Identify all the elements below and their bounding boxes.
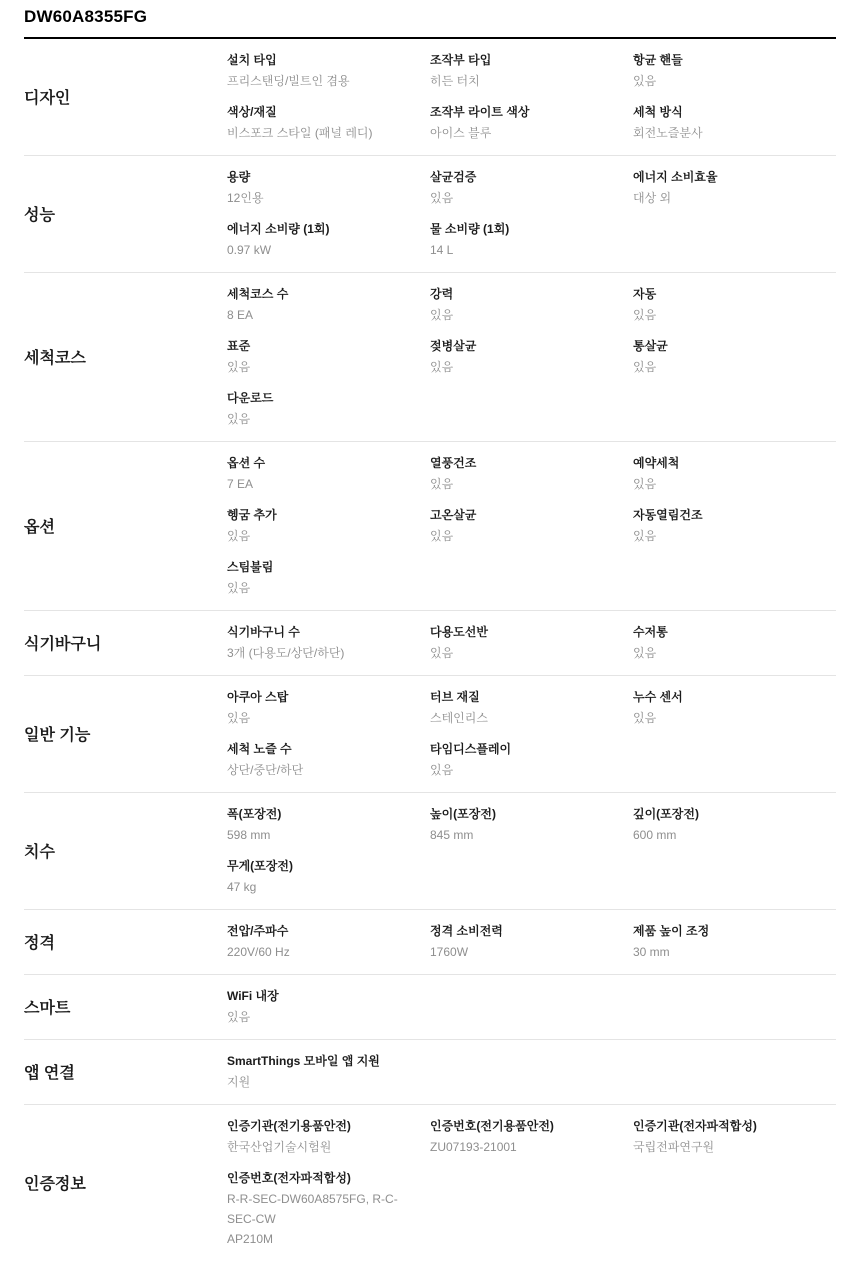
spec-item-value: 8 EA — [227, 305, 416, 325]
spec-item: 강력 있음 — [430, 281, 633, 333]
spec-item: 타임디스플레이 있음 — [430, 736, 633, 788]
spec-item-label: 강력 — [430, 284, 619, 304]
spec-item: 다운로드 있음 — [227, 385, 430, 437]
spec-item: 누수 센서 있음 — [633, 684, 836, 736]
spec-item-value: 있음 — [430, 357, 619, 377]
spec-item-label: 고온살균 — [430, 505, 619, 525]
spec-item-value: 아이스 블루 — [430, 123, 619, 143]
spec-item-value: 있음 — [633, 643, 822, 663]
spec-item: 스팀불림 있음 — [227, 554, 430, 606]
spec-item-label: 물 소비량 (1회) — [430, 219, 619, 239]
spec-item-value: 있음 — [633, 357, 822, 377]
spec-item: 세척 노즐 수 상단/중단/하단 — [227, 736, 430, 788]
spec-item-value: 대상 외 — [633, 188, 822, 208]
spec-item: 살균검증 있음 — [430, 164, 633, 216]
spec-item: 정격 소비전력 1760W — [430, 918, 633, 970]
spec-item-value: 프리스탠딩/빌트인 겸용 — [227, 71, 416, 91]
spec-item-value: 있음 — [633, 71, 822, 91]
spec-item-value: 0.97 kW — [227, 240, 416, 260]
spec-item-value: 있음 — [227, 708, 416, 728]
section-category-label: 인증정보 — [24, 1113, 227, 1257]
spec-section: 세척코스 세척코스 수 8 EA 강력 있음 자동 있음 표준 있음 젖병살균 … — [24, 273, 836, 442]
spec-item-value: 있음 — [633, 474, 822, 494]
spec-item-label: SmartThings 모바일 앱 지원 — [227, 1051, 416, 1071]
spec-item-value: 스테인리스 — [430, 708, 619, 728]
spec-item: WiFi 내장 있음 — [227, 983, 430, 1035]
spec-item: 고온살균 있음 — [430, 502, 633, 554]
section-spec-grid: 인증기관(전기용품안전) 한국산업기술시험원 인증번호(전기용품안전) ZU07… — [227, 1113, 836, 1257]
spec-item-label: 세척 노즐 수 — [227, 739, 416, 759]
spec-item-label: 색상/재질 — [227, 102, 416, 122]
spec-item: 자동 있음 — [633, 281, 836, 333]
spec-item-value: 있음 — [633, 708, 822, 728]
spec-item: 높이(포장전) 845 mm — [430, 801, 633, 853]
spec-item-value: 598 mm — [227, 825, 416, 845]
spec-item-value: 한국산업기술시험원 — [227, 1137, 416, 1157]
spec-item-label: 타임디스플레이 — [430, 739, 619, 759]
spec-item-label: 옵션 수 — [227, 453, 416, 473]
product-spec-page: DW60A8355FG 디자인 설치 타입 프리스탠딩/빌트인 겸용 조작부 타… — [0, 0, 860, 1261]
spec-item-value: 상단/중단/하단 — [227, 760, 416, 780]
spec-item-label: 아쿠아 스탑 — [227, 687, 416, 707]
spec-item-label: 자동열림건조 — [633, 505, 822, 525]
spec-item-label: 용량 — [227, 167, 416, 187]
section-spec-grid: WiFi 내장 있음 — [227, 983, 836, 1035]
section-category-label: 정격 — [24, 918, 227, 970]
spec-item-value: 있음 — [430, 643, 619, 663]
spec-item-label: 예약세척 — [633, 453, 822, 473]
section-spec-grid: 식기바구니 수 3개 (다용도/상단/하단) 다용도선반 있음 수저통 있음 — [227, 619, 836, 671]
section-category-label: 세척코스 — [24, 281, 227, 437]
spec-item-label: 깊이(포장전) — [633, 804, 822, 824]
spec-item: SmartThings 모바일 앱 지원 지원 — [227, 1048, 430, 1100]
spec-item-value: 220V/60 Hz — [227, 942, 416, 962]
spec-item-label: 통살균 — [633, 336, 822, 356]
spec-item: 표준 있음 — [227, 333, 430, 385]
spec-item: 인증기관(전자파적합성) 국립전파연구원 — [633, 1113, 836, 1165]
spec-item-label: 인증번호(전기용품안전) — [430, 1116, 619, 1136]
spec-item-label: 무게(포장전) — [227, 856, 416, 876]
section-spec-grid: 폭(포장전) 598 mm 높이(포장전) 845 mm 깊이(포장전) 600… — [227, 801, 836, 905]
spec-item-label: 수저통 — [633, 622, 822, 642]
section-spec-grid: 용량 12인용 살균검증 있음 에너지 소비효율 대상 외 에너지 소비량 (1… — [227, 164, 836, 268]
spec-sections: 디자인 설치 타입 프리스탠딩/빌트인 겸용 조작부 타입 히든 터치 항균 핸… — [24, 39, 836, 1261]
spec-item-value: 600 mm — [633, 825, 822, 845]
spec-item-label: 헹굼 추가 — [227, 505, 416, 525]
spec-item-label: 에너지 소비량 (1회) — [227, 219, 416, 239]
spec-item: 설치 타입 프리스탠딩/빌트인 겸용 — [227, 47, 430, 99]
spec-item-value: 14 L — [430, 240, 619, 260]
spec-item-label: 스팀불림 — [227, 557, 416, 577]
spec-item-value: 있음 — [430, 474, 619, 494]
spec-item-label: 터브 재질 — [430, 687, 619, 707]
spec-item: 젖병살균 있음 — [430, 333, 633, 385]
spec-item-value: 있음 — [227, 1007, 416, 1027]
spec-item: 통살균 있음 — [633, 333, 836, 385]
spec-item: 물 소비량 (1회) 14 L — [430, 216, 633, 268]
section-category-label: 성능 — [24, 164, 227, 268]
spec-item: 열풍건조 있음 — [430, 450, 633, 502]
section-category-label: 스마트 — [24, 983, 227, 1035]
spec-item-label: 식기바구니 수 — [227, 622, 416, 642]
spec-item-value: 회전노즐분사 — [633, 123, 822, 143]
spec-item-label: 조작부 타입 — [430, 50, 619, 70]
spec-item-value: 있음 — [227, 409, 416, 429]
spec-item: 자동열림건조 있음 — [633, 502, 836, 554]
spec-section: 일반 기능 아쿠아 스탑 있음 터브 재질 스테인리스 누수 센서 있음 세척 … — [24, 676, 836, 793]
page-title: DW60A8355FG — [24, 0, 836, 37]
spec-item: 에너지 소비효율 대상 외 — [633, 164, 836, 216]
spec-item-value: 7 EA — [227, 474, 416, 494]
spec-item-label: 살균검증 — [430, 167, 619, 187]
spec-item: 깊이(포장전) 600 mm — [633, 801, 836, 853]
spec-item-label: 설치 타입 — [227, 50, 416, 70]
spec-item-label: 세척코스 수 — [227, 284, 416, 304]
spec-item-label: 다용도선반 — [430, 622, 619, 642]
section-category-label: 옵션 — [24, 450, 227, 606]
spec-section: 치수 폭(포장전) 598 mm 높이(포장전) 845 mm 깊이(포장전) … — [24, 793, 836, 910]
spec-item-value: 있음 — [430, 760, 619, 780]
spec-item: 식기바구니 수 3개 (다용도/상단/하단) — [227, 619, 430, 671]
spec-item-value: 있음 — [430, 305, 619, 325]
spec-item-label: 표준 — [227, 336, 416, 356]
spec-item: 조작부 타입 히든 터치 — [430, 47, 633, 99]
section-spec-grid: 전압/주파수 220V/60 Hz 정격 소비전력 1760W 제품 높이 조정… — [227, 918, 836, 970]
spec-item-label: 누수 센서 — [633, 687, 822, 707]
spec-item-label: 제품 높이 조정 — [633, 921, 822, 941]
spec-item-label: 높이(포장전) — [430, 804, 619, 824]
section-spec-grid: 설치 타입 프리스탠딩/빌트인 겸용 조작부 타입 히든 터치 항균 핸들 있음… — [227, 47, 836, 151]
spec-item-label: 인증기관(전기용품안전) — [227, 1116, 416, 1136]
spec-item-label: 조작부 라이트 색상 — [430, 102, 619, 122]
spec-item-value: 히든 터치 — [430, 71, 619, 91]
spec-item-value: ZU07193-21001 — [430, 1137, 619, 1157]
spec-item: 용량 12인용 — [227, 164, 430, 216]
spec-item-value: 845 mm — [430, 825, 619, 845]
spec-item: 인증번호(전기용품안전) ZU07193-21001 — [430, 1113, 633, 1165]
section-category-label: 일반 기능 — [24, 684, 227, 788]
spec-item: 아쿠아 스탑 있음 — [227, 684, 430, 736]
spec-item-label: 젖병살균 — [430, 336, 619, 356]
spec-section: 성능 용량 12인용 살균검증 있음 에너지 소비효율 대상 외 에너지 소비량… — [24, 156, 836, 273]
section-category-label: 디자인 — [24, 47, 227, 151]
spec-section: 앱 연결 SmartThings 모바일 앱 지원 지원 — [24, 1040, 836, 1105]
spec-item-value: 있음 — [430, 188, 619, 208]
spec-item-label: 세척 방식 — [633, 102, 822, 122]
section-category-label: 식기바구니 — [24, 619, 227, 671]
spec-item-value: 있음 — [633, 305, 822, 325]
spec-item: 세척코스 수 8 EA — [227, 281, 430, 333]
spec-item-label: 폭(포장전) — [227, 804, 416, 824]
spec-item: 수저통 있음 — [633, 619, 836, 671]
spec-item-value: 47 kg — [227, 877, 416, 897]
section-spec-grid: 세척코스 수 8 EA 강력 있음 자동 있음 표준 있음 젖병살균 있음 통살… — [227, 281, 836, 437]
spec-item: 에너지 소비량 (1회) 0.97 kW — [227, 216, 430, 268]
spec-item-value: 30 mm — [633, 942, 822, 962]
spec-section: 인증정보 인증기관(전기용품안전) 한국산업기술시험원 인증번호(전기용품안전)… — [24, 1105, 836, 1261]
section-category-label: 앱 연결 — [24, 1048, 227, 1100]
spec-item-value: 3개 (다용도/상단/하단) — [227, 643, 416, 663]
spec-section: 스마트 WiFi 내장 있음 — [24, 975, 836, 1040]
spec-item: 무게(포장전) 47 kg — [227, 853, 430, 905]
spec-item-value: 국립전파연구원 — [633, 1137, 822, 1157]
spec-item-label: 열풍건조 — [430, 453, 619, 473]
spec-item-value: 12인용 — [227, 188, 416, 208]
spec-item: 다용도선반 있음 — [430, 619, 633, 671]
section-spec-grid: SmartThings 모바일 앱 지원 지원 — [227, 1048, 836, 1100]
spec-section: 옵션 옵션 수 7 EA 열풍건조 있음 예약세척 있음 헹굼 추가 있음 고온… — [24, 442, 836, 611]
spec-item-value: 1760W — [430, 942, 619, 962]
spec-item: 인증기관(전기용품안전) 한국산업기술시험원 — [227, 1113, 430, 1165]
spec-item-value: 있음 — [430, 526, 619, 546]
spec-item: 옵션 수 7 EA — [227, 450, 430, 502]
spec-item-label: 자동 — [633, 284, 822, 304]
spec-item: 조작부 라이트 색상 아이스 블루 — [430, 99, 633, 151]
spec-item: 헹굼 추가 있음 — [227, 502, 430, 554]
spec-item-value: 있음 — [227, 578, 416, 598]
spec-section: 정격 전압/주파수 220V/60 Hz 정격 소비전력 1760W 제품 높이… — [24, 910, 836, 975]
spec-item-value: 비스포크 스타일 (패널 레디) — [227, 123, 416, 143]
spec-item-label: WiFi 내장 — [227, 986, 416, 1006]
spec-item: 전압/주파수 220V/60 Hz — [227, 918, 430, 970]
spec-item: 폭(포장전) 598 mm — [227, 801, 430, 853]
spec-item: 색상/재질 비스포크 스타일 (패널 레디) — [227, 99, 430, 151]
section-spec-grid: 옵션 수 7 EA 열풍건조 있음 예약세척 있음 헹굼 추가 있음 고온살균 … — [227, 450, 836, 606]
spec-item-value: 있음 — [633, 526, 822, 546]
section-category-label: 치수 — [24, 801, 227, 905]
spec-item: 터브 재질 스테인리스 — [430, 684, 633, 736]
spec-item-label: 전압/주파수 — [227, 921, 416, 941]
spec-item-label: 에너지 소비효율 — [633, 167, 822, 187]
spec-section: 디자인 설치 타입 프리스탠딩/빌트인 겸용 조작부 타입 히든 터치 항균 핸… — [24, 39, 836, 156]
spec-item: 제품 높이 조정 30 mm — [633, 918, 836, 970]
spec-item-label: 인증기관(전자파적합성) — [633, 1116, 822, 1136]
spec-item-label: 항균 핸들 — [633, 50, 822, 70]
spec-item-label: 정격 소비전력 — [430, 921, 619, 941]
spec-item-value: R-R-SEC-DW60A8575FG, R-C-SEC-CW AP210M — [227, 1189, 416, 1249]
spec-item-label: 인증번호(전자파적합성) — [227, 1168, 416, 1188]
spec-item-value: 있음 — [227, 526, 416, 546]
spec-item-label: 다운로드 — [227, 388, 416, 408]
spec-item-value: 지원 — [227, 1072, 416, 1092]
spec-item-value: 있음 — [227, 357, 416, 377]
spec-section: 식기바구니 식기바구니 수 3개 (다용도/상단/하단) 다용도선반 있음 수저… — [24, 611, 836, 676]
spec-item: 세척 방식 회전노즐분사 — [633, 99, 836, 151]
section-spec-grid: 아쿠아 스탑 있음 터브 재질 스테인리스 누수 센서 있음 세척 노즐 수 상… — [227, 684, 836, 788]
spec-item: 예약세척 있음 — [633, 450, 836, 502]
spec-item: 인증번호(전자파적합성) R-R-SEC-DW60A8575FG, R-C-SE… — [227, 1165, 430, 1257]
spec-item: 항균 핸들 있음 — [633, 47, 836, 99]
